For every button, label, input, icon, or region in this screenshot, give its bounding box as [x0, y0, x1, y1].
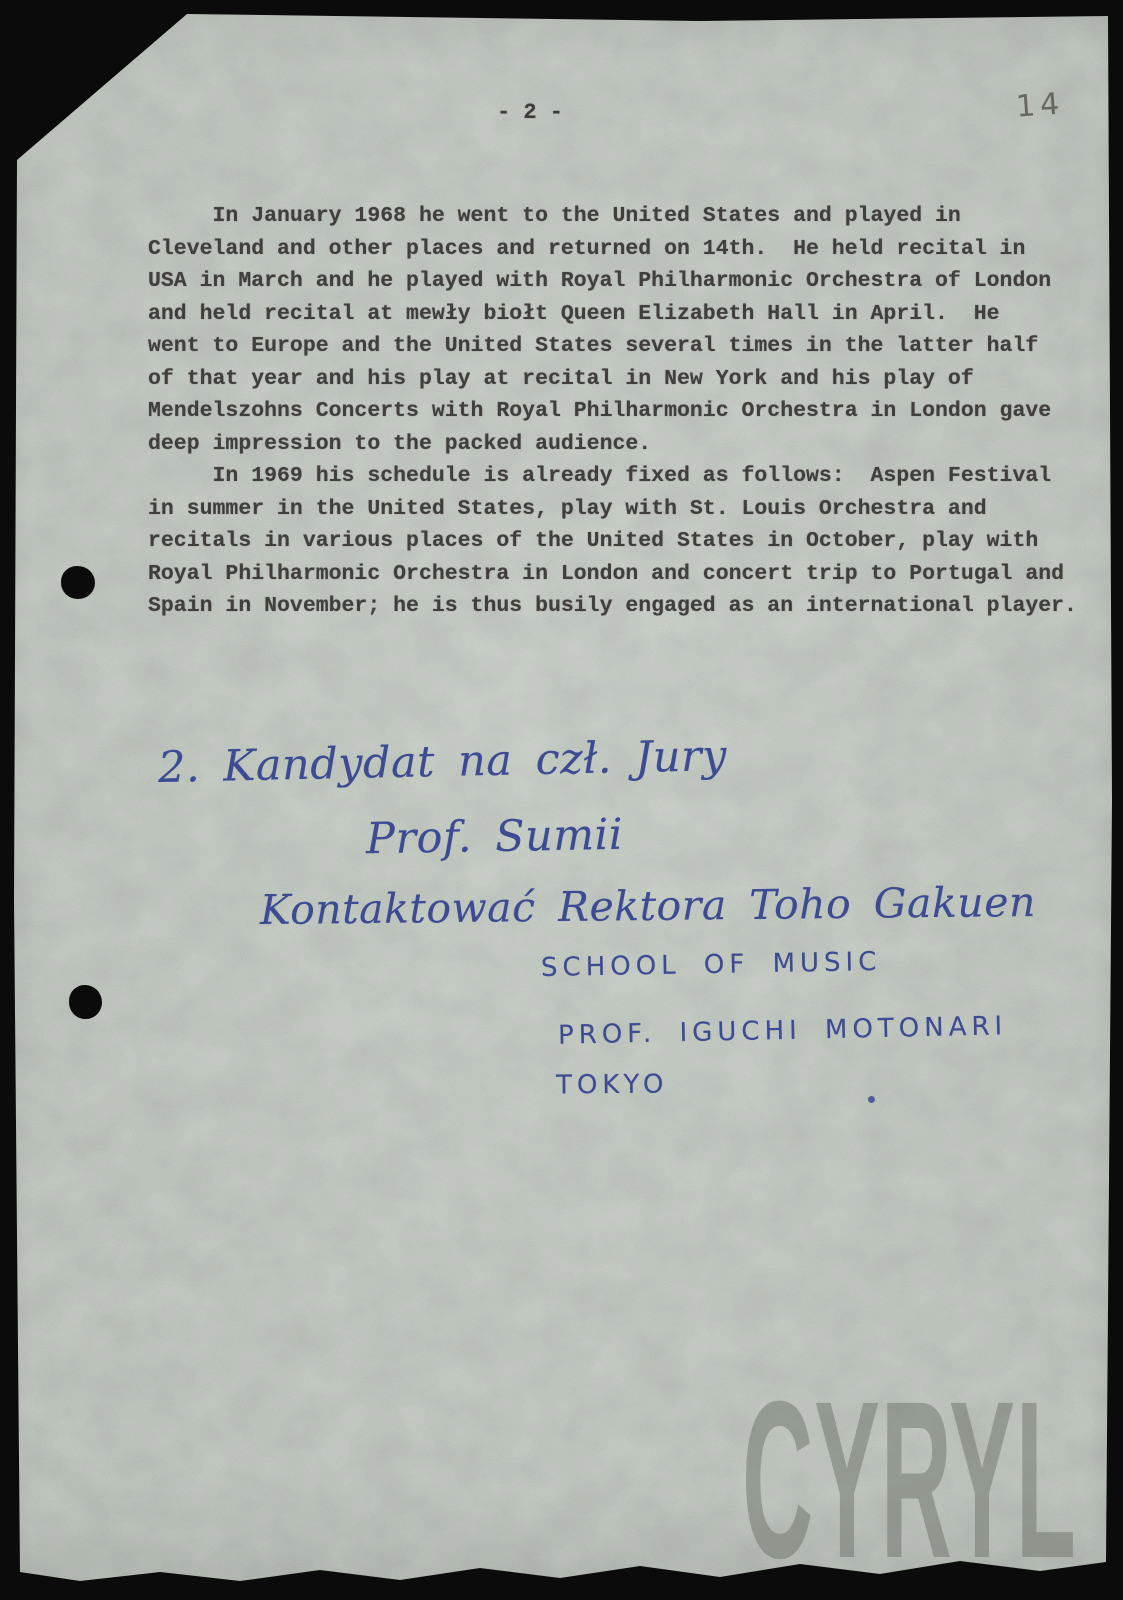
typed-line: went to Europe and the United States sev… — [148, 330, 1108, 363]
typed-line: deep impression to the packed audience. — [148, 428, 1108, 461]
typed-line: In January 1968 he went to the United St… — [148, 200, 1108, 233]
typed-text-body: In January 1968 he went to the United St… — [148, 200, 1108, 623]
typed-line: Spain in November; he is thus busily eng… — [148, 590, 1108, 623]
typed-line: recitals in various places of the United… — [148, 525, 1108, 558]
handwriting-line-prof-iguchi: PROF. IGUCHI MOTONARI — [558, 1011, 1008, 1050]
handwriting-line-jury-candidate: 2. Kandydat na czł. Jury — [158, 731, 728, 793]
typed-paragraph: In 1969 his schedule is already fixed as… — [148, 460, 1108, 623]
typed-line: USA in March and he played with Royal Ph… — [148, 265, 1108, 298]
scan-backdrop: - 2 - 14 In January 1968 he went to the … — [0, 0, 1123, 1600]
typed-line: Cleveland and other places and returned … — [148, 233, 1108, 266]
cyryl-watermark: CYRYL — [742, 1368, 1077, 1592]
handwriting-line-tokyo: TOKYO — [556, 1070, 669, 1101]
typed-line: Royal Philharmonic Orchestra in London a… — [148, 558, 1108, 591]
punch-hole-top — [61, 566, 95, 599]
typed-line: of that year and his play at recital in … — [148, 363, 1108, 396]
handwriting-line-contact-rector: Kontaktować Rektora Toho Gakuen — [260, 878, 1036, 934]
handwriting-line-school-of-music: SCHOOL OF MUSIC — [541, 947, 882, 983]
punch-hole-bottom — [69, 985, 102, 1019]
pencil-page-index-annotation: 14 — [1015, 86, 1066, 124]
typed-line: and held recital at mewły biołt Queen El… — [148, 298, 1108, 331]
typed-line: in summer in the United States, play wit… — [148, 493, 1108, 526]
ink-dot — [868, 1096, 875, 1103]
typed-line: Mendelszohns Concerts with Royal Philhar… — [148, 395, 1108, 428]
document-page: - 2 - 14 In January 1968 he went to the … — [0, 0, 1123, 1600]
page-number: - 2 - — [497, 100, 563, 125]
typed-line: In 1969 his schedule is already fixed as… — [148, 460, 1108, 493]
handwriting-line-prof-sumii: Prof. Sumii — [366, 810, 624, 864]
typed-paragraph: In January 1968 he went to the United St… — [148, 200, 1108, 460]
